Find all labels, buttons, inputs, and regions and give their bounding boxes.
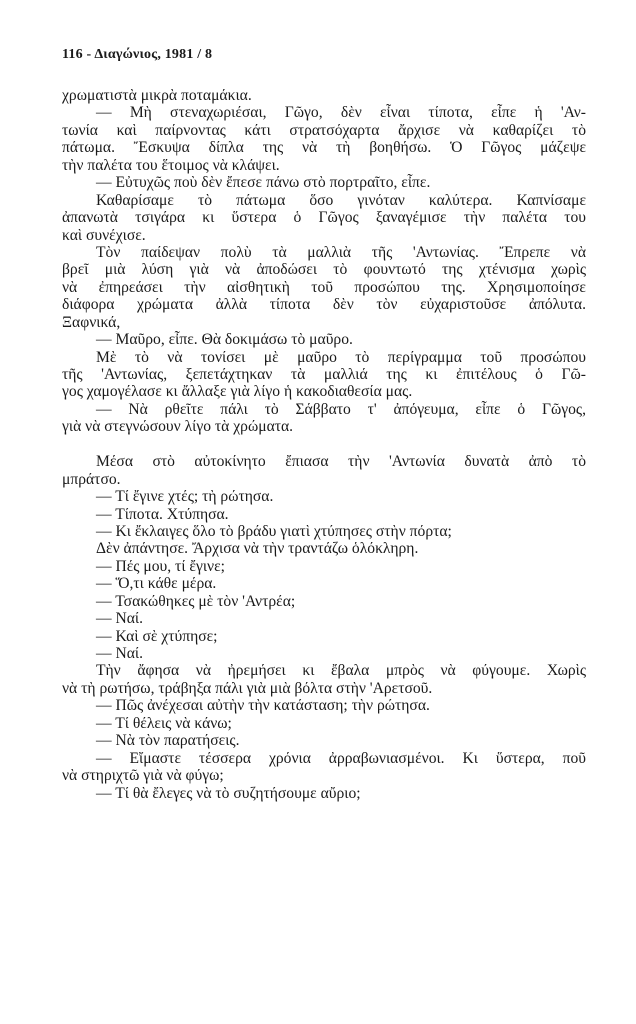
text-line: — Νὰ τὸν παρατήσεις. [62, 732, 586, 749]
text-line: — Ὅ,τι κάθε μέρα. [62, 575, 586, 592]
text-line: — Κι ἔκλαιγες ὅλο τὸ βράδυ γιατὶ χτύπησε… [62, 523, 586, 540]
text-line: — Ναί. [62, 645, 586, 662]
text-line: Καθαρίσαμε τὸ πάτωμα ὅσο γινόταν καλύτερ… [62, 192, 586, 209]
text-line: χρωματιστὰ μικρὰ ποταμάκια. [62, 87, 586, 104]
text-line: — Μὴ στεναχωριέσαι, Γῶγο, δὲν εἶναι τίπο… [62, 104, 586, 121]
text-line: Δὲν ἀπάντησε. Ἄρχισα νὰ τὴν τραντάζω ὁλό… [62, 540, 586, 557]
text-line: — Τίποτα. Χτύπησα. [62, 506, 586, 523]
text-line: — Μαῦρο, εἶπε. Θὰ δοκιμάσω τὸ μαῦρο. [62, 331, 586, 348]
text-line: — Ναί. [62, 610, 586, 627]
text-line: τωνία καὶ παίρνοντας κάτι στρατσόχαρτα ἄ… [62, 122, 586, 139]
text-line: μπράτσο. [62, 471, 586, 488]
text-line: — Πές μου, τί ἔγινε; [62, 558, 586, 575]
text-line: Τὸν παίδεψαν πολὺ τὰ μαλλιὰ τῆς 'Αντωνία… [62, 244, 586, 261]
text-line: — Τί θέλεις νὰ κάνω; [62, 715, 586, 732]
book-page: 116 - Διαγώνιος, 1981 / 8 χρωματιστὰ μικ… [62, 46, 586, 802]
body-text: χρωματιστὰ μικρὰ ποταμάκια.— Μὴ στεναχωρ… [62, 87, 586, 802]
text-line: ἀπανωτὰ τσιγάρα κι ὕστερα ὁ Γῶγος ξαναγέ… [62, 209, 586, 226]
text-line: Τὴν ἄφησα νὰ ἠρεμήσει κι ἔβαλα μπρὸς νὰ … [62, 662, 586, 679]
text-line: — Τί ἔγινε χτές; τὴ ρώτησα. [62, 488, 586, 505]
text-line: νὰ τὴ ρωτήσω, τράβηξα πάλι γιὰ μιὰ βόλτα… [62, 680, 586, 697]
text-line: πάτωμα. Ἔσκυψα δίπλα της νὰ τὴ βοηθήσω. … [62, 139, 586, 156]
text-line: — Νὰ ρθεῖτε πάλι τὸ Σάββατο τ' ἀπόγευμα,… [62, 401, 586, 418]
text-line: τῆς 'Αντωνίας, ξεπετάχτηκαν τὰ μαλλιά τη… [62, 366, 586, 383]
text-line: γιὰ νὰ στεγνώσουν λίγο τὰ χρώματα. [62, 418, 586, 435]
text-line: διάφορα χρώματα ἀλλὰ τίποτα δὲν τὸν εὐχα… [62, 296, 586, 313]
running-head: 116 - Διαγώνιος, 1981 / 8 [62, 46, 586, 64]
text-line: βρεῖ μιὰ λύση γιὰ νὰ ἀποδώσει τὸ φουντωτ… [62, 261, 586, 278]
text-line: γος χαμογέλασε κι ἄλλαξε γιὰ λίγο ἡ κακο… [62, 383, 586, 400]
text-line: — Πῶς ἀνέχεσαι αὐτὴν τὴν κατάσταση; τὴν … [62, 697, 586, 714]
text-line: — Τί θὰ ἔλεγες νὰ τὸ συζητήσουμε αὔριο; [62, 785, 586, 802]
text-line: καὶ συνέχισε. [62, 227, 586, 244]
text-line: Μὲ τὸ νὰ τονίσει μὲ μαῦρο τὸ περίγραμμα … [62, 349, 586, 366]
text-line: νὰ ἐπηρεάσει τὴν αἰσθητικὴ τοῦ προσώπου … [62, 279, 586, 296]
text-line: — Εἴμαστε τέσσερα χρόνια ἀρραβωνιασμένοι… [62, 750, 586, 767]
text-line: τὴν παλέτα του ἕτοιμος νὰ κλάψει. [62, 157, 586, 174]
text-line: — Εὐτυχῶς ποὺ δὲν ἔπεσε πάνω στὸ πορτραῖ… [62, 174, 586, 191]
text-line: Ξαφνικά, [62, 314, 586, 331]
section-break [62, 436, 586, 453]
text-line: Μέσα στὸ αὐτοκίνητο ἔπιασα τὴν 'Αντωνία … [62, 453, 586, 470]
text-line: νὰ στηριχτῶ γιὰ νὰ φύγω; [62, 767, 586, 784]
text-line: — Τσακώθηκες μὲ τὸν 'Αντρέα; [62, 593, 586, 610]
text-line: — Καὶ σὲ χτύπησε; [62, 628, 586, 645]
